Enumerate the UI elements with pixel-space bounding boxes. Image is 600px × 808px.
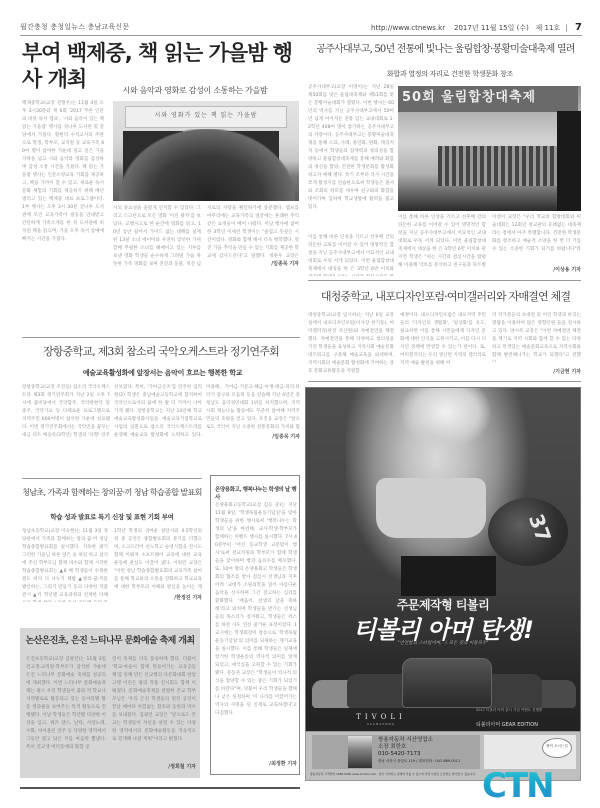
section-divider — [308, 381, 581, 382]
article-nonsan-col2: 연이 축제를 더욱 풍성하게 했다. 더불어 '학교·마을이 함께 만들어가는 … — [112, 656, 196, 756]
ctn-logo: CTN — [482, 769, 553, 803]
byline-onyang: /최정환 기자 — [215, 760, 297, 767]
article-janghang-col1: 장항중학교(교장 조진웅) 참소리 국악오케스트라 제3회 정기연주회가 지난 … — [22, 384, 110, 440]
photo-crowd — [119, 129, 295, 201]
advertisement-tivoli[interactable]: 37 주문제작형 티볼리 티볼리 아머 탄생! "안전함의 스타일이며, 그 모… — [305, 387, 581, 759]
dealer-manager: 소장 최한호 — [378, 744, 460, 751]
article-daecheong-col2: 예정이다. 내포디자인포럼은 내포지역 주민들의 '디자인의 생활화', '일상… — [400, 312, 486, 376]
header-separator: | — [565, 24, 567, 32]
ad-brand-sub: SSANGYONG — [326, 722, 436, 726]
subhead-cheongnam: 학습 성과 발표로 특기 신장 및 표현 기회 부여 — [22, 512, 202, 521]
section-divider — [22, 337, 300, 338]
article-onyang-col1: 온양용화고등학교(교장 김응 준)는 지난 11월 8일, '학생독립운동기념일… — [215, 502, 297, 758]
article-gongju-col2b: 이를 통해 바른 인성을 기르고 선후배 간의 뒤돈한 교류를 이어갈 수 있어… — [398, 214, 486, 270]
map-bubble: 쌍이 오시는길 — [542, 738, 572, 758]
car-icon — [402, 658, 492, 708]
subhead-gongju: 화합과 열정의 자리로 건전한 학생문화 창조 — [360, 69, 540, 79]
dealer-details: 쌍용자동차 서산영업소 소장 최한호 010-5420-7173 충남 서산시 … — [378, 737, 460, 765]
ad-shoulder-pads — [376, 478, 486, 538]
article-baekje-col3: 서로의 사랑을 확인하기에 충분했다. 엠프를 마무리에는 교육가족의 얼굴에는… — [207, 205, 299, 261]
ad-tagline-note: "안전함의 스타일이며, 그 모든 것의 이동모두" — [306, 640, 580, 646]
article-janghang-col3: 이용해, 가야금·거문고·해금·아쟁·대금·피리·타악기 장구와 모듬북 등을 … — [206, 384, 300, 432]
headline-gongju: 공주사대부고, 50년 전통에 빛나는 울림합창·봉황미술대축제 열려 — [308, 43, 583, 57]
newspaper-page: 월간충청 충청일뉴스 충남교육신문 http://www.ctnews.kr 2… — [0, 0, 600, 808]
ad-model-hair — [401, 388, 491, 448]
headline-daecheong: 대청중학교, 내포디자인포럼·여미갤러리와 자매결연 체결 — [308, 289, 583, 305]
issue-number: 제 11호 — [536, 24, 561, 32]
article-onyang-box: 온양용화고, 행복나누는 학생의 날 행사 온양용화고등학교(교장 김응 준)는… — [210, 475, 300, 775]
photo-banner: 50회 울림합창대축제 — [398, 86, 578, 112]
page-number: 7 — [575, 22, 582, 33]
byline-janghang: /임종목 기자 — [206, 433, 300, 440]
section-divider — [22, 478, 202, 479]
article-cheongnam-col1: 청남초등학교(교장 이숙현)는 11월 3일 경당관에서 가족과 함께하는 창의… — [22, 528, 108, 602]
ad-cars-lineup — [312, 653, 576, 708]
section-divider — [308, 280, 581, 281]
article-daecheong-col1: 대청중학교(교장 임시하)는 지난 6일 교장실에서 내포디자인포럼(이사장 한… — [308, 312, 394, 376]
headline-nonsan: 논산은진초, 은진 느티나무 문화예술 축제 개최 — [24, 634, 196, 648]
dealer-portrait — [348, 736, 372, 768]
article-baekje-col1: 백제중학교(교장 전형우)는 11월 4일 오후 3시30분터 게 6회 '20… — [22, 100, 104, 266]
bottom-rule — [20, 787, 300, 789]
headline-onyang: 온양용화고, 행복나누는 학생의 날 행사 — [215, 486, 297, 502]
page-header: 월간충청 충청일뉴스 충남교육신문 http://www.ctnews.kr 2… — [20, 22, 582, 36]
photo-baekje-event: 시와 영화가 있는 책 읽는 가을밤 — [113, 101, 299, 201]
headline-cheongnam: 청남초, 가족과 함께하는 창의꿈·끼 청남 학습종합 발표회 — [22, 487, 202, 499]
ad-event-note: 2017 티볼리 아머 출시 기념 이벤트 진행중 — [476, 708, 576, 713]
website-link[interactable]: http://www.ctnews.kr — [371, 24, 445, 32]
publication-names: 월간충청 충청일뉴스 충남교육신문 — [20, 22, 129, 32]
subhead-janghang: 예술교육활성화에 앞장서는 음악이 흐르는 행복한 학교 — [40, 368, 285, 378]
issue-date: 2017년 11월 15일 (수) — [454, 24, 529, 32]
ad-brand: TIVOLI — [326, 713, 436, 721]
byline-baekje: /임종목 기자 — [207, 260, 299, 267]
photo-banner: 시와 영화가 있는 책 읽는 가을밤 — [125, 106, 287, 128]
byline-nonsan: /정희철 기자 — [112, 763, 196, 770]
article-gongju-col1: 공주사대부고(교장 이영이)는 지난 28일 제50회를 맞은 울림대축제와 제… — [308, 84, 394, 234]
article-daecheong-col3: 러 작가분들의 초대전 및 어린 학생과 바리는 열람을 이용하여 많은 영향인… — [492, 312, 581, 362]
article-janghang-col2: 선보였다. 특히, '가야금산조'를 연주한 임리원(2) 학생은 충남예술고등… — [114, 384, 202, 440]
headline-janghang: 장항중학교, 제3회 참소리 국악오케스트라 정기연주회 — [22, 344, 300, 360]
article-gongju-col3: 이영이 교장은 "우리 학교의 합창대회와 미술대회는 12회년 정교판의 유례… — [492, 214, 581, 254]
article-cheongnam-col2: 1학년 학생의 귀여운 창단시와 4·5학년의 뒷 중 공연은 종합발표회의 분… — [114, 528, 202, 590]
byline-gongju: /이상용 기자 — [492, 266, 581, 273]
photo-gongju-choir: 50회 울림합창대축제 — [398, 86, 581, 211]
ad-edition-cta: 티볼리아머 GEAR EDITION — [476, 721, 576, 728]
dealer-name: 쌍용자동차 서산영업소 — [378, 737, 460, 744]
article-nonsan-col1: 은진초등학교(교장 김광진)는 11월 3일 전교생·교직원·학부모가 참석한 … — [26, 656, 106, 776]
ad-shorts — [401, 556, 496, 596]
article-gongju-col2: 이를 통해 바른 인성을 기르고 선후배 간의 뒤돈한 교류를 이어갈 수 있어… — [308, 234, 394, 276]
header-meta: http://www.ctnews.kr 2017년 11월 15일 (수) 제… — [371, 22, 582, 33]
article-baekje-col2: 시의 중요성을 올렸게 인지할 수 있었다. 그리고 스크린으로 모든 영화 '… — [113, 205, 201, 267]
byline-cheongnam: /한정진 기자 — [114, 594, 202, 601]
photo-choir — [438, 146, 558, 186]
subhead-baekje: 시와 음악과 영화로 감성이 소통하는 가을밤 — [95, 85, 295, 96]
byline-daecheong: /기금현 기자 — [492, 368, 581, 375]
dealer-contact-panel: 쌍용자동차 서산영업소 소장 최한호 010-5420-7173 충남 서산시 … — [312, 735, 480, 769]
dealer-phone[interactable]: 010-5420-7173 — [378, 751, 460, 758]
dealer-address: 충남 서산시 중앙로 119 / 대표전화 : 041-669-0011 — [378, 758, 460, 765]
photo-curtain — [557, 111, 581, 211]
article-nonsan-box: 논산은진초, 은진 느티나무 문화예술 축제 개최 은진초등학교(교장 김광진)… — [20, 628, 200, 778]
